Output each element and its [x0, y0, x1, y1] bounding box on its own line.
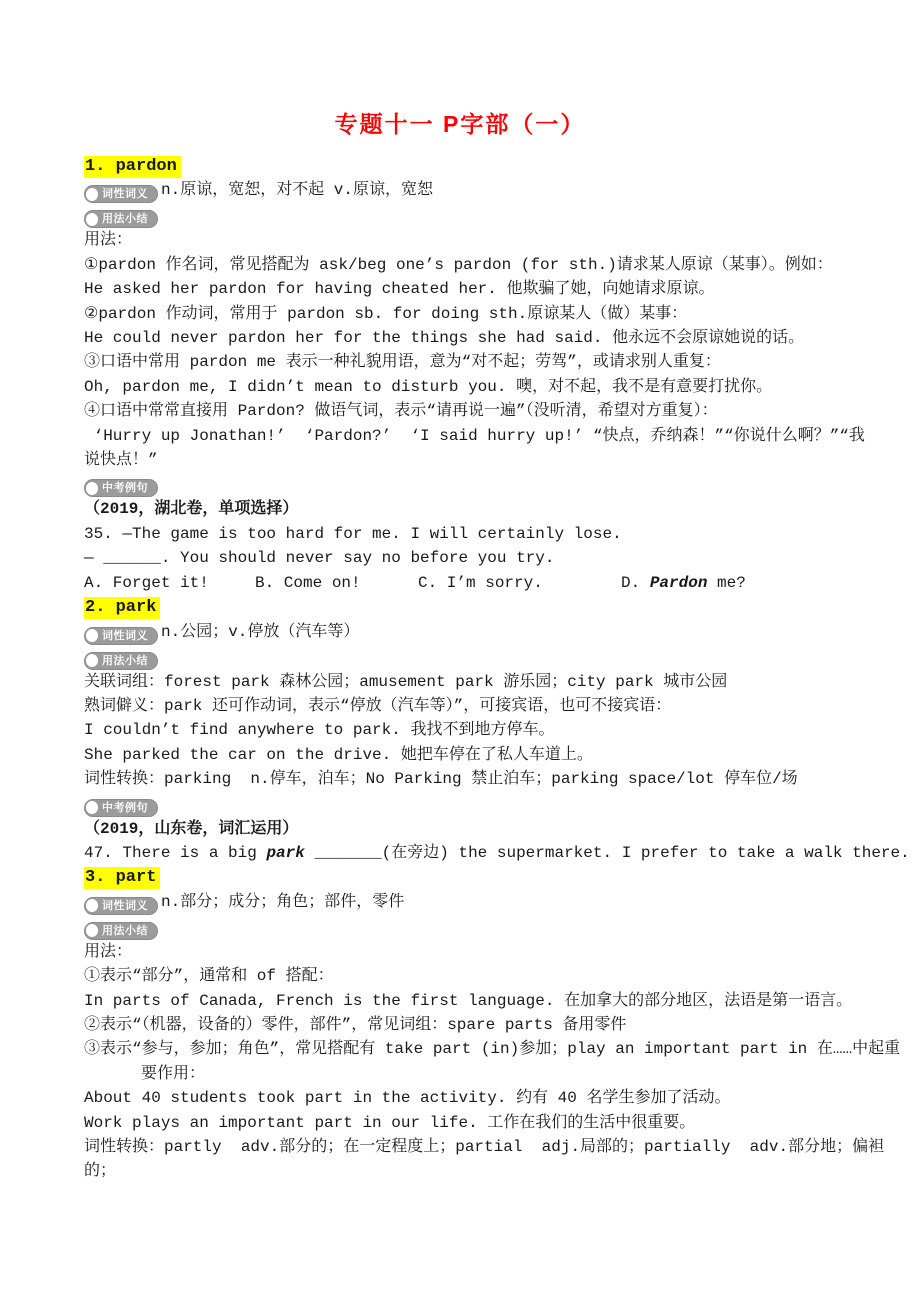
usage-badge: 用法小结 — [84, 922, 158, 940]
word-heading-row: 3. part — [84, 865, 866, 889]
text-line: He could never pardon her for the things… — [84, 326, 866, 350]
option-b: B. Come on! — [255, 571, 418, 595]
text-line: ①表示“部分”，通常和 of 搭配： — [84, 964, 866, 988]
exam-answer-line: — ______. You should never say no before… — [84, 546, 866, 570]
section-part: 3. part 词性词义n.部分；成分；角色；部件，零件 用法小结 用法： ①表… — [84, 865, 866, 1183]
text-line: 用法： — [84, 228, 866, 252]
exam-47-prefix: 47. There is a big — [84, 844, 266, 862]
pos-definition: n.部分；成分；角色；部件，零件 — [161, 893, 404, 911]
word-heading-row: 1. pardon — [84, 154, 866, 178]
text-line: 用法： — [84, 940, 866, 964]
text-line: ②表示“（机器，设备的）零件，部件”，常见词组：spare parts 备用零件 — [84, 1013, 866, 1037]
usage-badge: 用法小结 — [84, 652, 158, 670]
text-line: I couldn’t find anywhere to park. 我找不到地方… — [84, 718, 866, 742]
text-line: He asked her pardon for having cheated h… — [84, 277, 866, 301]
option-a: A. Forget it! — [84, 571, 255, 595]
pos-row: 词性词义n.公园；v.停放（汽车等） — [84, 620, 866, 645]
text-line: ③口语中常用 pardon me 表示一种礼貌用语，意为“对不起；劳驾”，或请求… — [84, 350, 866, 374]
usage-badge: 用法小结 — [84, 210, 158, 228]
option-d-prefix: D. — [621, 574, 650, 592]
text-line: Oh, pardon me, I didn’t mean to disturb … — [84, 375, 866, 399]
word-heading: 2. park — [84, 597, 160, 619]
exam-badge: 中考例句 — [84, 799, 158, 817]
word-heading: 3. part — [84, 867, 160, 889]
word-heading-row: 2. park — [84, 595, 866, 619]
text-line: About 40 students took part in the activ… — [84, 1086, 866, 1110]
document-page: 专题十一 P字部（一） 1. pardon 词性词义n.原谅，宽恕，对不起 v.… — [0, 0, 920, 1302]
text-line: In parts of Canada, French is the first … — [84, 989, 866, 1013]
options-row: A. Forget it! B. Come on! C. I’m sorry. … — [84, 571, 866, 595]
exam-question-line: 47. There is a big park _______(在旁边) the… — [84, 841, 866, 865]
text-line: Work plays an important part in our life… — [84, 1111, 866, 1135]
word-heading: 1. pardon — [84, 156, 181, 178]
text-line: She parked the car on the drive. 她把车停在了私… — [84, 743, 866, 767]
option-c: C. I’m sorry. — [418, 571, 621, 595]
text-line: ‘Hurry up Jonathan!’ ‘Pardon?’ ‘I said h… — [84, 424, 866, 448]
text-line: 词性转换：partly adv.部分的；在一定程度上；partial adj.局… — [84, 1135, 866, 1159]
text-line: ②pardon 作动词，常用于 pardon sb. for doing sth… — [84, 302, 866, 326]
exam-question-line: 35. —The game is too hard for me. I will… — [84, 522, 866, 546]
usage-badge-row: 用法小结 — [84, 645, 866, 670]
exam-badge-row: 中考例句 — [84, 472, 866, 497]
pos-badge: 词性词义 — [84, 627, 158, 645]
option-d-keyword: Pardon — [650, 574, 708, 592]
text-line: 说快点！” — [84, 448, 866, 472]
text-line: ④口语中常常直接用 Pardon? 做语气词，表示“请再说一遍”（没听清，希望对… — [84, 399, 866, 423]
document-content: 1. pardon 词性词义n.原谅，宽恕，对不起 v.原谅，宽恕 用法小结 用… — [0, 154, 920, 1184]
text-line-continuation: 的； — [84, 1159, 866, 1183]
text-line: 熟词僻义：park 还可作动词，表示“停放（汽车等）”，可接宾语，也可不接宾语： — [84, 694, 866, 718]
exam-47-suffix: _______(在旁边) the supermarket. I prefer t… — [305, 844, 910, 862]
pos-definition: n.公园；v.停放（汽车等） — [161, 623, 359, 641]
option-d: D. Pardon me? — [621, 571, 746, 595]
section-pardon: 1. pardon 词性词义n.原谅，宽恕，对不起 v.原谅，宽恕 用法小结 用… — [84, 154, 866, 595]
usage-badge-row: 用法小结 — [84, 915, 866, 940]
pos-badge: 词性词义 — [84, 185, 158, 203]
pos-badge: 词性词义 — [84, 897, 158, 915]
pos-row: 词性词义n.原谅，宽恕，对不起 v.原谅，宽恕 — [84, 178, 866, 203]
text-line: 关联词组：forest park 森林公园；amusement park 游乐园… — [84, 670, 866, 694]
exam-badge-row: 中考例句 — [84, 792, 866, 817]
page-title: 专题十一 P字部（一） — [0, 0, 920, 154]
exam-source: （2019，湖北卷，单项选择） — [84, 497, 866, 521]
pos-definition: n.原谅，宽恕，对不起 v.原谅，宽恕 — [161, 181, 433, 199]
text-line: 词性转换：parking n.停车，泊车；No Parking 禁止泊车；par… — [84, 767, 866, 791]
exam-source: （2019，山东卷，词汇运用） — [84, 817, 866, 841]
pos-row: 词性词义n.部分；成分；角色；部件，零件 — [84, 890, 866, 915]
text-line-continuation: 要作用： — [84, 1062, 866, 1086]
section-park: 2. park 词性词义n.公园；v.停放（汽车等） 用法小结 关联词组：for… — [84, 595, 866, 865]
text-line: ③表示“参与，参加；角色”，常见搭配有 take part (in)参加；pla… — [84, 1037, 866, 1061]
usage-badge-row: 用法小结 — [84, 203, 866, 228]
exam-badge: 中考例句 — [84, 479, 158, 497]
exam-47-keyword: park — [266, 844, 304, 862]
option-d-suffix: me? — [707, 574, 745, 592]
text-line: ①pardon 作名词，常见搭配为 ask/beg one’s pardon (… — [84, 253, 866, 277]
